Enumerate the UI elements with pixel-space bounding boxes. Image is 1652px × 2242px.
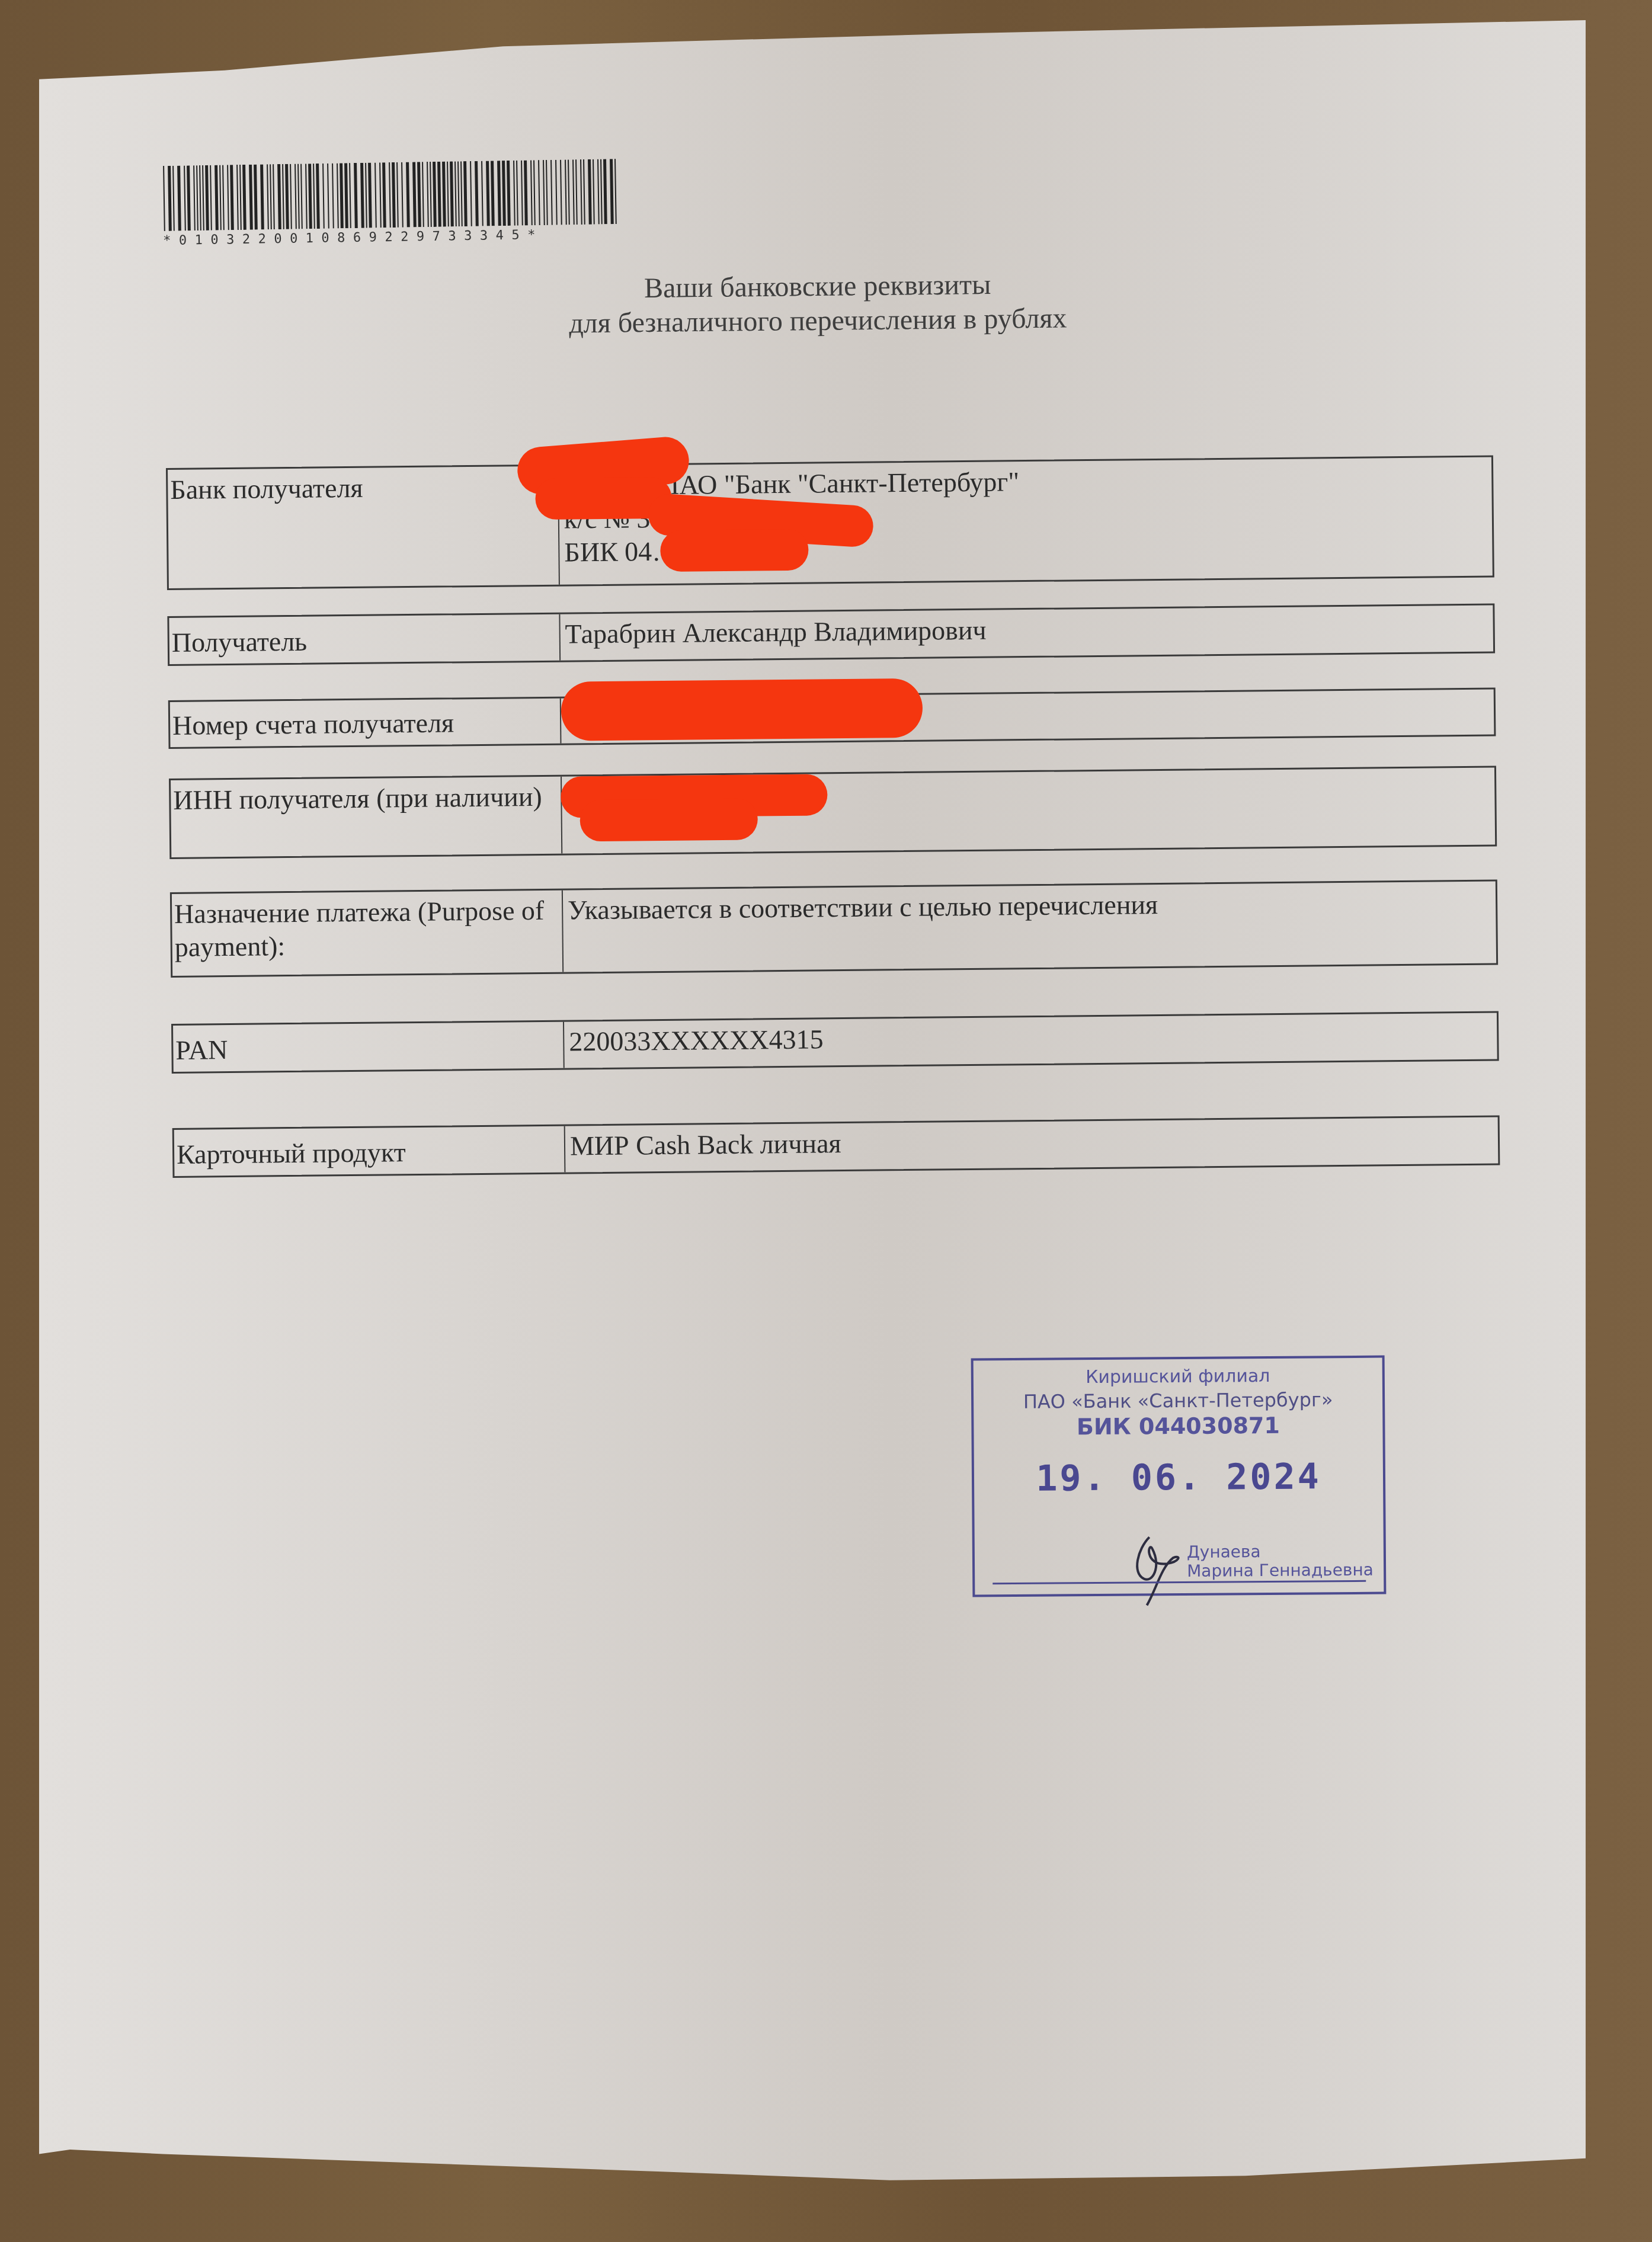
- officer-given-names: Марина Геннадьевна: [1187, 1561, 1374, 1581]
- value: Указывается в соответствии с целью переч…: [563, 881, 1496, 972]
- barcode-bars: [162, 159, 622, 231]
- stamp-branch: Киришский филиал: [974, 1365, 1382, 1389]
- label: Банк получателя: [168, 466, 560, 588]
- stamp-bank: ПАО «Банк «Санкт-Петербург»: [974, 1388, 1382, 1414]
- title-line-1: Ваши банковские реквизиты: [521, 267, 1114, 307]
- redaction-mark: [580, 798, 758, 841]
- document-title: Ваши банковские реквизиты для безналично…: [521, 267, 1114, 341]
- redaction-mark: [561, 678, 923, 741]
- stamp-bik: БИК 044030871: [974, 1412, 1382, 1441]
- barcode: *0103220010869229733345*: [162, 159, 622, 237]
- stamp-date: 19. 06. 2024: [974, 1456, 1383, 1500]
- row-payment-purpose: Назначение платежа (Purpose of payment):…: [170, 879, 1498, 977]
- value: 220033XXXXXX4315: [564, 1013, 1497, 1068]
- value: 4…: [562, 768, 1495, 854]
- bank-stamp: Киришский филиал ПАО «Банк «Санкт-Петерб…: [971, 1356, 1387, 1597]
- label: Номер счета получателя: [170, 699, 562, 747]
- stamp-officer-name: Дунаева Марина Геннадьевна: [1187, 1542, 1374, 1581]
- label: Назначение платежа (Purpose of payment):: [172, 891, 564, 976]
- label: PAN: [173, 1022, 565, 1072]
- label: Получатель: [169, 614, 561, 664]
- label: ИНН получателя (при наличии): [171, 777, 562, 857]
- value: 4…: [561, 690, 1494, 744]
- bank-details-table: Банк получателя …й ф-л ПАО "Банк "Санкт-…: [166, 455, 1500, 1177]
- row-recipient-bank: Банк получателя …й ф-л ПАО "Банк "Санкт-…: [166, 455, 1494, 590]
- label: Карточный продукт: [174, 1126, 566, 1176]
- value: МИР Cash Back личная: [565, 1117, 1499, 1172]
- officer-surname: Дунаева: [1187, 1542, 1374, 1562]
- row-inn: ИНН получателя (при наличии) 4…: [169, 766, 1497, 859]
- title-line-2: для безналичного перечисления в рублях: [521, 301, 1115, 341]
- redaction-mark: [660, 529, 809, 572]
- value: …й ф-л ПАО "Банк "Санкт-Петербург" к/с №…: [559, 457, 1493, 585]
- signature-icon: [1126, 1531, 1192, 1609]
- value: Тарабрин Александр Владимирович: [560, 606, 1493, 661]
